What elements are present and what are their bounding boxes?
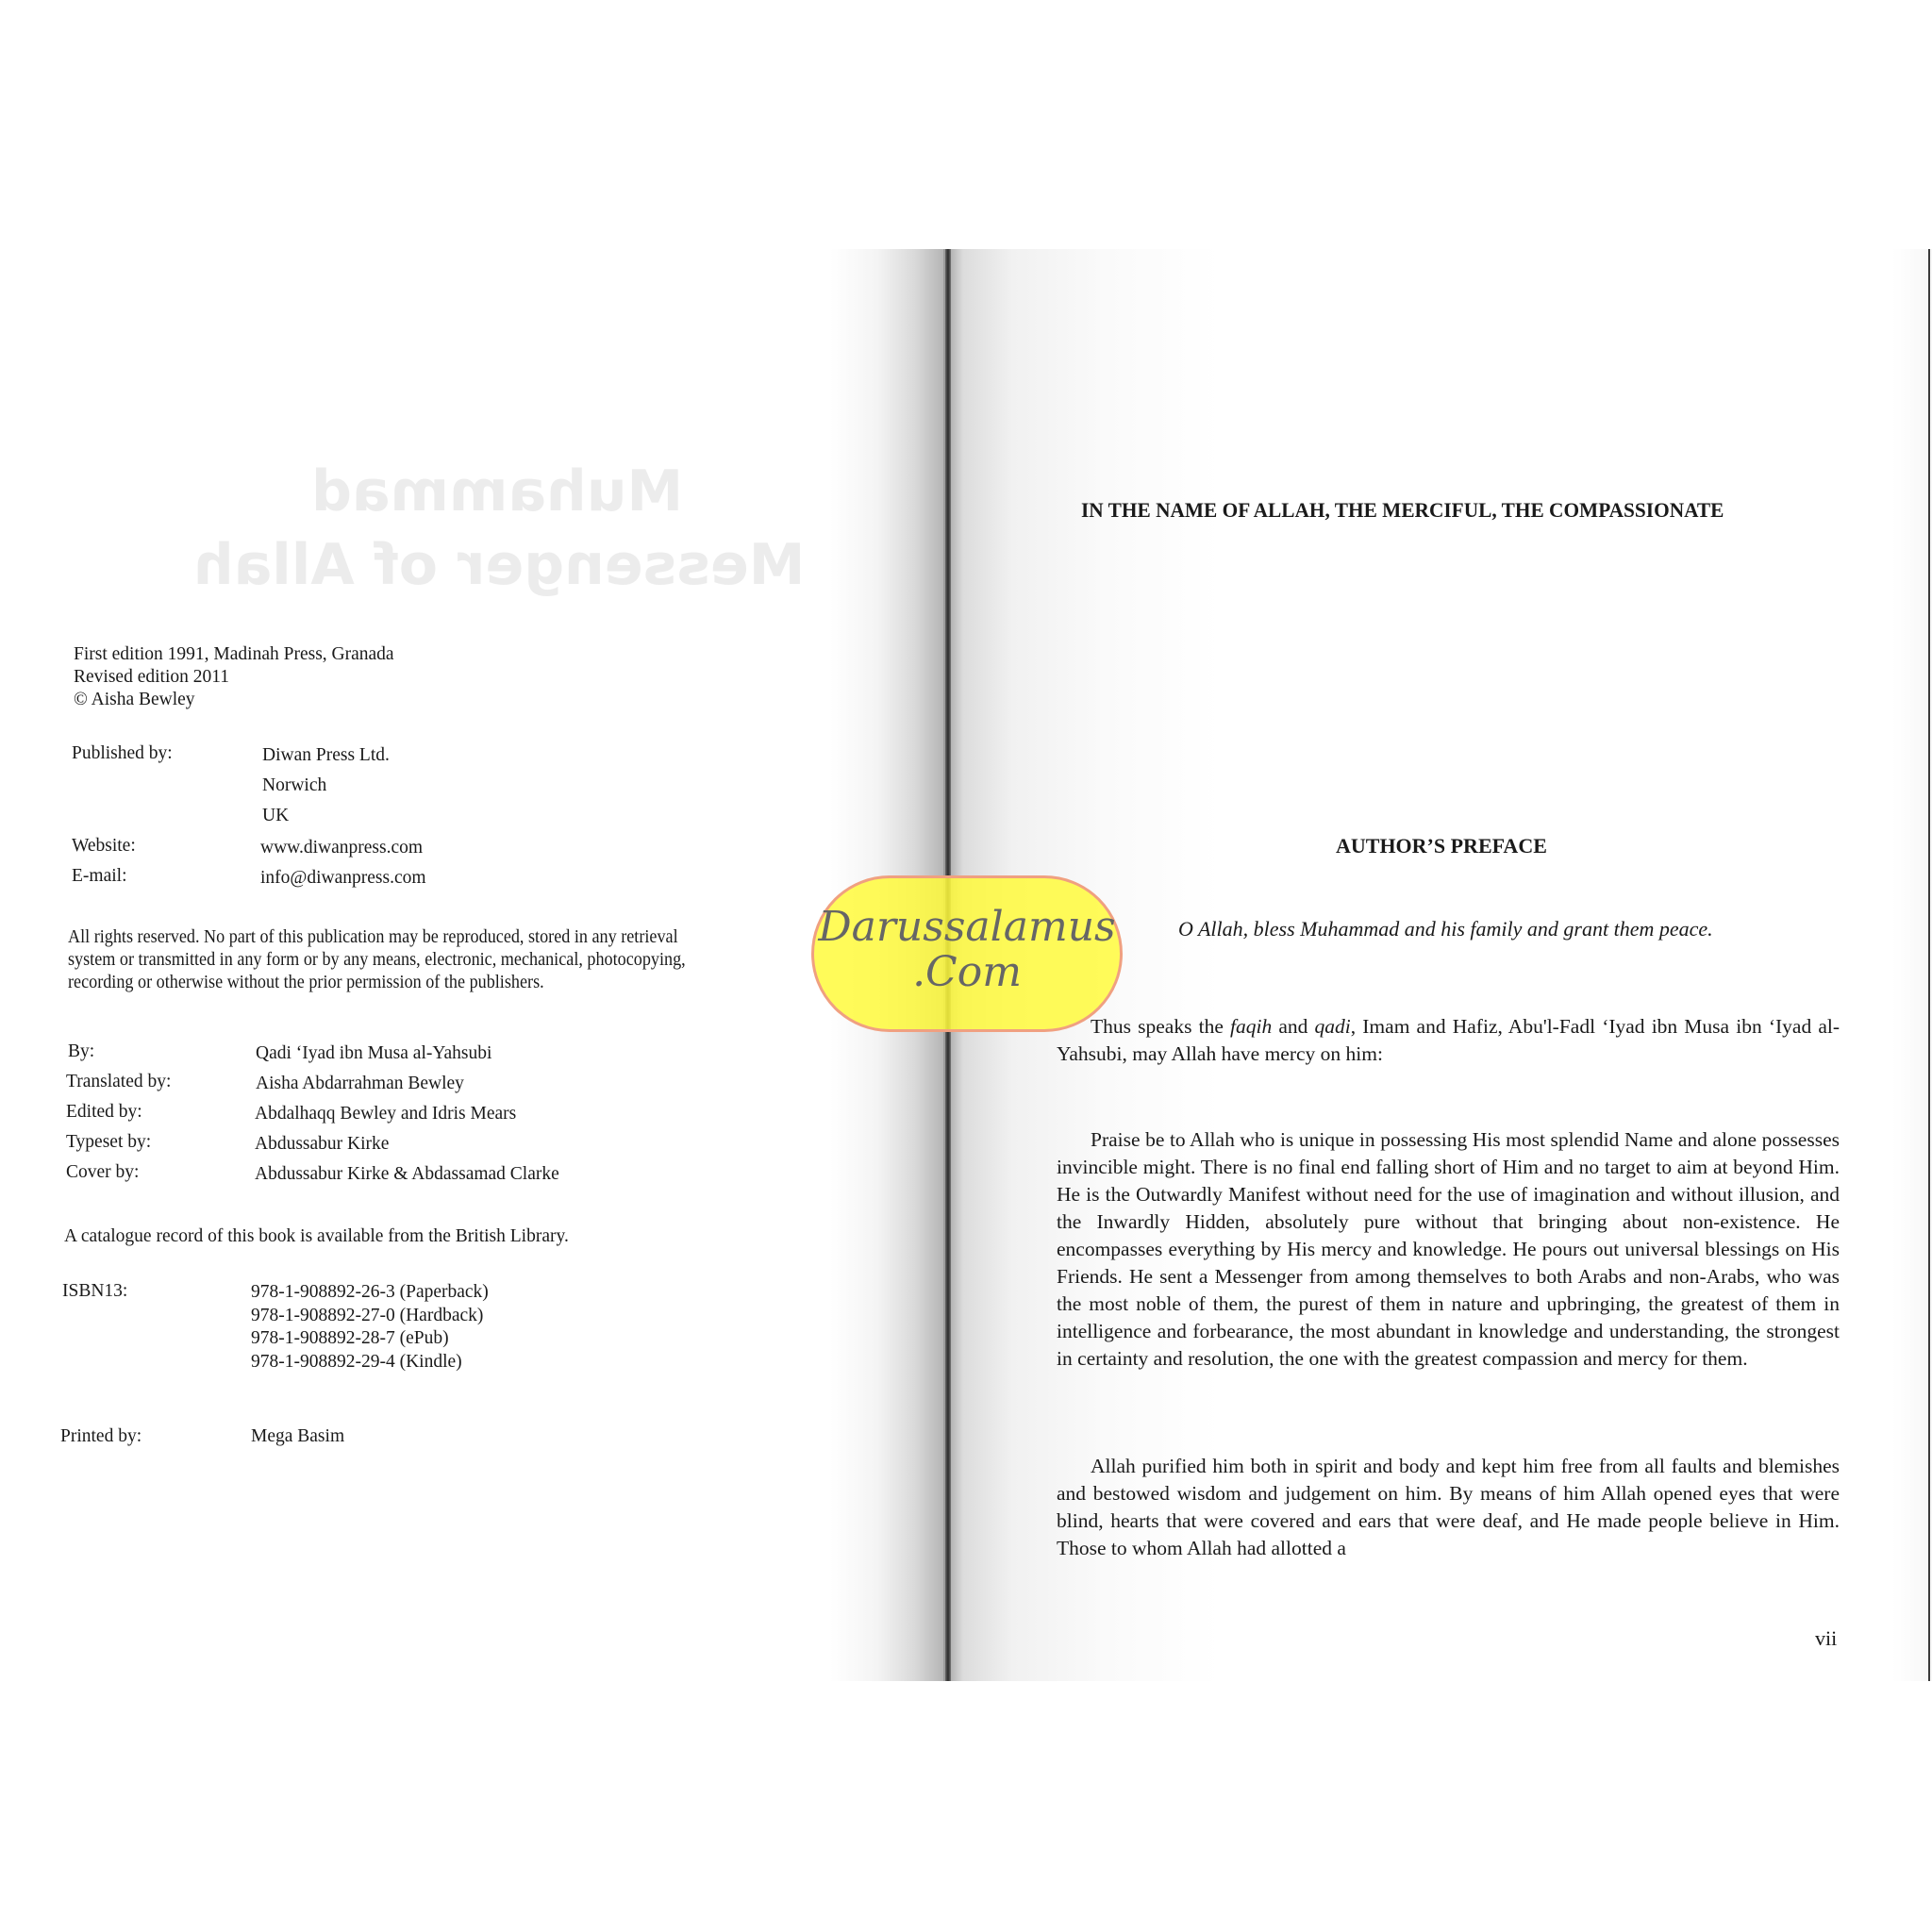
credit-label: By: xyxy=(68,1041,94,1062)
website-label: Website: xyxy=(72,836,136,857)
show-through-title-line-2: Messenger of Allah xyxy=(193,532,805,598)
intro-paragraph: Thus speaks the faqih and qadi, Imam and… xyxy=(1057,1013,1840,1068)
isbn-kindle: 978-1-908892-29-4 (Kindle) xyxy=(251,1351,489,1374)
credit-value: Qadi ‘Iyad ibn Musa al-Yahsubi xyxy=(256,1043,491,1064)
isbn-label: ISBN13: xyxy=(62,1281,127,1302)
isbn-hardback: 978-1-908892-27-0 (Hardback) xyxy=(251,1305,489,1328)
credit-value: Abdussabur Kirke & Abdassamad Clarke xyxy=(255,1164,559,1185)
credit-value: Aisha Abdarrahman Bewley xyxy=(256,1074,464,1094)
rights-line: system or transmitted in any form or by … xyxy=(68,949,840,972)
edition-info: First edition 1991, Madinah Press, Grana… xyxy=(74,643,394,711)
first-edition: First edition 1991, Madinah Press, Grana… xyxy=(74,643,394,666)
bismillah-heading: IN THE NAME OF ALLAH, THE MERCIFUL, THE … xyxy=(1081,498,1724,523)
intro-text: Thus speaks the xyxy=(1091,1015,1230,1038)
credit-value: Abdussabur Kirke xyxy=(255,1134,389,1155)
rights-line: All rights reserved. No part of this pub… xyxy=(68,926,840,949)
rights-line: recording or otherwise without the prior… xyxy=(68,972,840,994)
credit-value: Abdalhaqq Bewley and Idris Mears xyxy=(255,1104,516,1124)
email-link[interactable]: info@diwanpress.com xyxy=(260,868,426,889)
printer-name: Mega Basim xyxy=(251,1426,344,1447)
watermark-line-2: .Com xyxy=(814,950,1120,995)
publisher-country: UK xyxy=(262,806,289,826)
body-paragraph: Allah purified him both in spirit and bo… xyxy=(1057,1453,1840,1562)
publisher-name: Diwan Press Ltd. xyxy=(262,745,390,766)
isbn-list: 978-1-908892-26-3 (Paperback) 978-1-9088… xyxy=(251,1281,489,1374)
page-number: vii xyxy=(1815,1626,1837,1651)
credit-label: Translated by: xyxy=(66,1072,171,1092)
email-label: E-mail: xyxy=(72,866,126,887)
isbn-paperback: 978-1-908892-26-3 (Paperback) xyxy=(251,1281,489,1305)
printer-label: Printed by: xyxy=(60,1426,142,1446)
printer-row: Printed by: Mega Basim xyxy=(60,1426,142,1447)
copyright-holder: © Aisha Bewley xyxy=(74,689,394,711)
show-through-title-line-1: Muhammad xyxy=(311,458,683,525)
publisher-label: Published by: xyxy=(72,743,173,764)
revised-edition: Revised edition 2011 xyxy=(74,666,394,689)
body-paragraph: Praise be to Allah who is unique in poss… xyxy=(1057,1126,1840,1373)
term-qadi: qadi xyxy=(1315,1015,1351,1038)
watermark-line-1: Darussalamus xyxy=(814,905,1120,950)
publisher-city: Norwich xyxy=(262,775,326,796)
copyright-page: Muhammad Messenger of Allah First editio… xyxy=(0,249,943,1681)
rights-notice: All rights reserved. No part of this pub… xyxy=(68,926,840,994)
credit-label: Edited by: xyxy=(66,1102,142,1123)
preface-title: AUTHOR’S PREFACE xyxy=(1336,834,1547,858)
catalogue-note: A catalogue record of this book is avail… xyxy=(64,1226,569,1247)
term-faqih: faqih xyxy=(1230,1015,1272,1038)
intro-text: and xyxy=(1272,1015,1314,1038)
page-edge xyxy=(1928,249,1930,1681)
credit-label: Cover by: xyxy=(66,1162,139,1183)
salawat-line: O Allah, bless Muhammad and his family a… xyxy=(1178,917,1713,941)
website-link[interactable]: www.diwanpress.com xyxy=(260,838,423,858)
isbn-epub: 978-1-908892-28-7 (ePub) xyxy=(251,1327,489,1351)
watermark-badge: Darussalamus .Com xyxy=(811,875,1123,1032)
credit-label: Typeset by: xyxy=(66,1132,151,1153)
